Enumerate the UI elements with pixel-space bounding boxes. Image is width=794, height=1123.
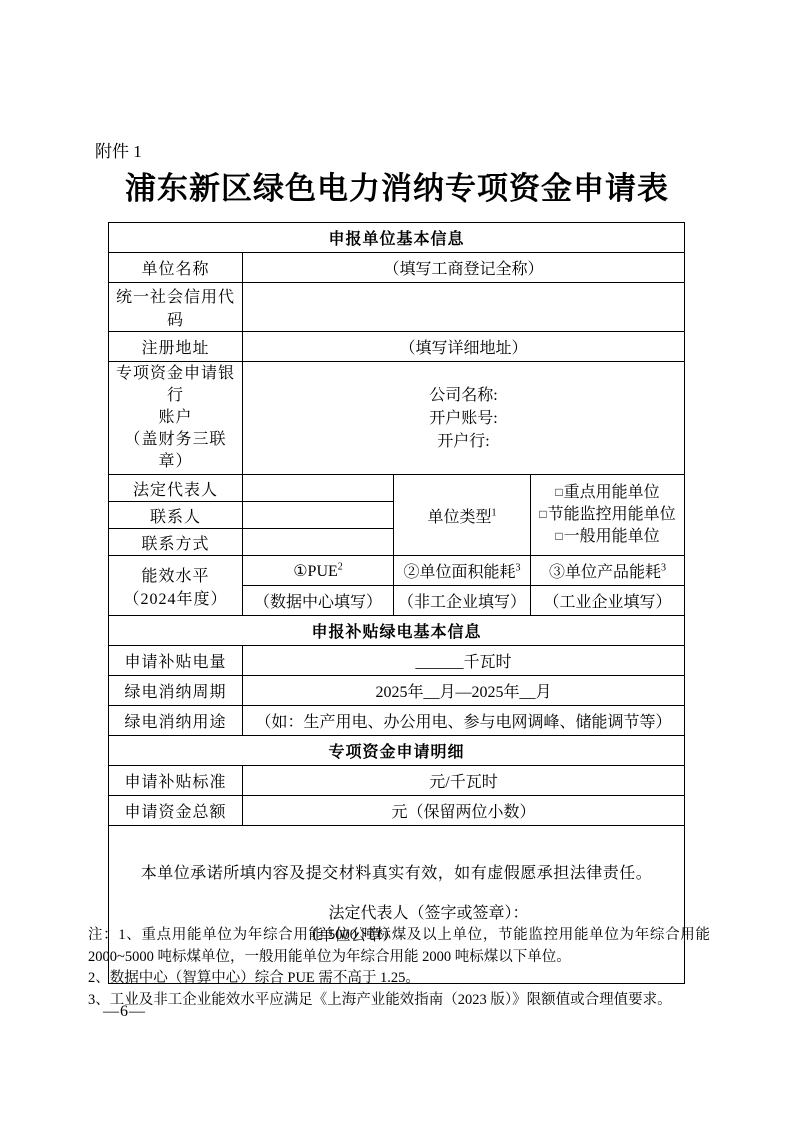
section-header-basic-info: 申报单位基本信息 — [109, 223, 685, 253]
energy-col-pue-text: ①PUE — [293, 563, 338, 580]
unit-type-option-general[interactable]: □一般用能单位 — [534, 526, 681, 548]
energy-efficiency-label-line2: （2024年度） — [112, 586, 239, 609]
energy-col-pue: ①PUE2 — [243, 556, 394, 586]
attachment-label: 附件 1 — [95, 141, 142, 163]
document-page: 附件 1 浦东新区绿色电力消纳专项资金申请表 申报单位基本信息 单位名称 （填写… — [0, 0, 794, 1123]
bank-account-label: 专项资金申请银行 账户 （盖财务三联章） — [109, 362, 243, 475]
subsidy-standard-field[interactable]: 元/千瓦时 — [243, 766, 685, 796]
legal-rep-signature-line[interactable]: 法定代表人（签字或签章）： — [144, 903, 685, 925]
unit-type-option-monitored[interactable]: □节能监控用能单位 — [534, 504, 681, 526]
bank-account-label-line2: 账户 — [112, 407, 239, 429]
pue-footnote-ref: 2 — [338, 561, 343, 572]
checkbox-icon[interactable]: □ — [555, 526, 562, 547]
bank-account-field[interactable]: 公司名称: 开户账号: 开户行: — [243, 362, 685, 475]
energy-col-product-text: ③单位产品能耗 — [549, 564, 661, 581]
unit-type-option-key-label: 重点用能单位 — [564, 484, 660, 501]
consumption-usage-label: 绿电消纳用途 — [109, 706, 243, 736]
bank-account-label-line1: 专项资金申请银行 — [112, 363, 239, 407]
unit-type-options: □重点用能单位 □节能监控用能单位 □一般用能单位 — [531, 475, 685, 556]
checkbox-icon[interactable]: □ — [555, 482, 562, 503]
bank-company-name-line[interactable]: 公司名称: — [246, 384, 681, 407]
contact-person-label: 联系人 — [109, 502, 243, 529]
energy-col-area-text: ②单位面积能耗 — [403, 564, 515, 581]
legal-representative-field[interactable] — [243, 475, 394, 502]
unit-type-option-monitored-label: 节能监控用能单位 — [548, 506, 676, 523]
energy-efficiency-label-line1: 能效水平 — [112, 563, 239, 586]
energy-col-area: ②单位面积能耗3 — [394, 556, 531, 586]
energy-col-product: ③单位产品能耗3 — [531, 556, 685, 586]
consumption-period-field[interactable]: 2025年__月—2025年__月 — [243, 676, 685, 706]
unit-type-footnote-ref: 1 — [492, 507, 497, 518]
energy-efficiency-label: 能效水平 （2024年度） — [109, 556, 243, 616]
fund-total-label: 申请资金总额 — [109, 796, 243, 826]
contact-info-label: 联系方式 — [109, 529, 243, 556]
unit-type-label: 单位类型1 — [394, 475, 531, 556]
bank-account-label-line3: （盖财务三联章） — [112, 429, 239, 473]
registered-address-field[interactable]: （填写详细地址） — [243, 332, 685, 362]
subsidy-standard-label: 申请补贴标准 — [109, 766, 243, 796]
consumption-period-label: 绿电消纳周期 — [109, 676, 243, 706]
product-footnote-ref: 3 — [661, 563, 666, 574]
credit-code-field[interactable] — [243, 283, 685, 332]
section-header-fund-detail: 专项资金申请明细 — [109, 736, 685, 766]
area-footnote-ref: 3 — [516, 563, 521, 574]
unit-type-option-general-label: 一般用能单位 — [564, 528, 660, 545]
checkbox-icon[interactable]: □ — [539, 504, 546, 525]
energy-note-datacenter: （数据中心填写） — [243, 586, 394, 616]
application-form-table: 申报单位基本信息 单位名称 （填写工商登记全称） 统一社会信用代码 注册地址 （… — [108, 222, 685, 984]
footnote-3: 3、工业及非工企业能效水平应满足《上海产业能效指南（2023 版）》限额值或合理… — [88, 990, 710, 1012]
subsidy-electricity-label: 申请补贴电量 — [109, 646, 243, 676]
contact-person-field[interactable] — [243, 502, 394, 529]
page-title: 浦东新区绿色电力消纳专项资金申请表 — [0, 169, 794, 209]
unit-name-field[interactable]: （填写工商登记全称） — [243, 253, 685, 283]
commitment-statement: 本单位承诺所填内容及提交材料真实有效，如有虚假愿承担法律责任。 — [112, 863, 681, 885]
section-header-green-power: 申报补贴绿电基本信息 — [109, 616, 685, 646]
unit-name-label: 单位名称 — [109, 253, 243, 283]
page-number: —6— — [103, 1003, 146, 1021]
unit-type-label-text: 单位类型 — [427, 509, 491, 526]
subsidy-electricity-field[interactable]: ______千瓦时 — [243, 646, 685, 676]
unit-type-option-key[interactable]: □重点用能单位 — [534, 482, 681, 504]
footnote-1: 注：1、重点用能单位为年综合用能 5000 吨标煤及以上单位，节能监控用能单位为… — [88, 925, 710, 968]
energy-note-nonindustrial: （非工企业填写） — [394, 586, 531, 616]
registered-address-label: 注册地址 — [109, 332, 243, 362]
consumption-usage-field[interactable]: （如：生产用电、办公用电、参与电网调峰、储能调节等） — [243, 706, 685, 736]
fund-total-field[interactable]: 元（保留两位小数） — [243, 796, 685, 826]
contact-info-field[interactable] — [243, 529, 394, 556]
bank-account-number-line[interactable]: 开户账号: — [246, 407, 681, 430]
credit-code-label: 统一社会信用代码 — [109, 283, 243, 332]
footnote-2: 2、数据中心（智算中心）综合 PUE 需不高于 1.25。 — [88, 968, 710, 990]
bank-branch-line[interactable]: 开户行: — [246, 430, 681, 453]
footnotes: 注：1、重点用能单位为年综合用能 5000 吨标煤及以上单位，节能监控用能单位为… — [88, 925, 710, 1011]
legal-representative-label: 法定代表人 — [109, 475, 243, 502]
energy-note-industrial: （工业企业填写） — [531, 586, 685, 616]
